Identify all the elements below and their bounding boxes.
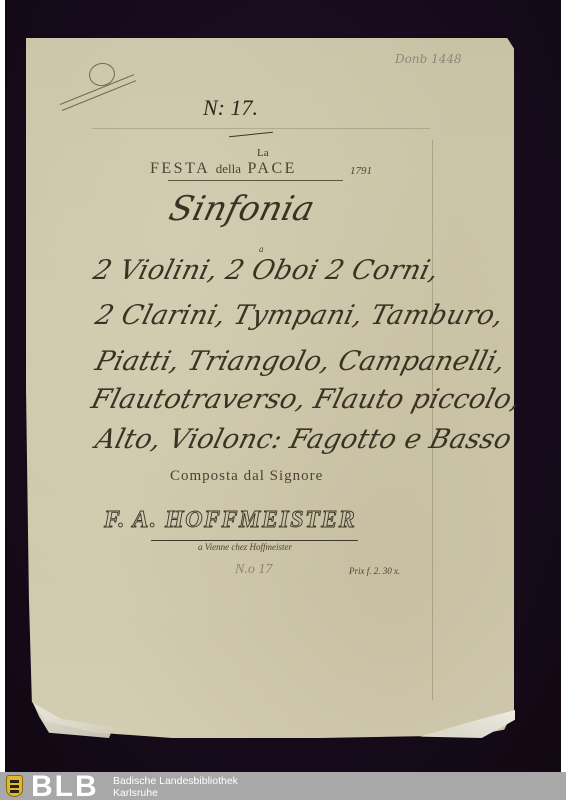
instrumentation-line: Piatti, Triangolo, Campanelli, <box>92 346 508 377</box>
library-name: Badische Landesbibliothek Karlsruhe <box>113 775 238 799</box>
scoring-preposition: a <box>259 244 264 254</box>
library-name-line: Badische Landesbibliothek <box>113 775 238 787</box>
title-della: della <box>216 161 241 176</box>
shelfmark: Donb 1448 <box>395 52 462 66</box>
plate-number: N.o 17 <box>235 562 272 578</box>
item-number: N: 17. <box>203 95 258 121</box>
instrumentation-line: 2 Clarini, Tympani, Tamburo, <box>92 300 507 331</box>
work-type-heading: Sinfonia <box>165 189 319 229</box>
publisher-imprint: a Vienne chez Hoffmeister <box>198 542 292 552</box>
instrumentation-line: Alto, Violonc: Fagotto e Basso <box>92 424 515 455</box>
composer-name: F. A. HOFFMEISTER <box>104 507 356 534</box>
lion-stripe <box>10 785 19 788</box>
blb-logo[interactable]: BLB <box>31 772 99 800</box>
title-line: FESTA della PACE <box>150 160 297 178</box>
title-pace: PACE <box>248 160 297 177</box>
year-annotation: 1791 <box>350 165 372 177</box>
coat-of-arms-icon <box>6 775 23 797</box>
title-rule <box>168 180 343 181</box>
title-article: La <box>257 147 269 159</box>
price-label: Prix f. 2. 30 x. <box>349 566 400 576</box>
library-city-line: Karlsruhe <box>113 787 238 799</box>
instrumentation-line: 2 Violini, 2 Oboi 2 Corni, <box>90 255 442 286</box>
composed-by-label: Composta dal Signore <box>170 468 323 485</box>
instrumentation-line: Flautotraverso, Flauto piccolo, <box>88 384 524 415</box>
plate-mark-right <box>432 140 433 700</box>
library-footer-bar: BLB Badische Landesbibliothek Karlsruhe <box>0 772 566 800</box>
right-margin-strip <box>561 0 566 772</box>
composer-rule <box>151 540 358 541</box>
lion-stripe <box>10 780 19 783</box>
lion-stripe <box>10 790 19 793</box>
title-festa: FESTA <box>150 160 209 177</box>
